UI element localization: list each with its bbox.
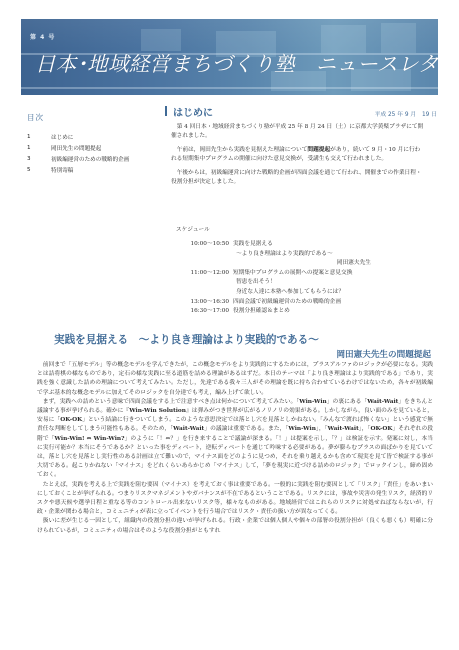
text: 」の裏にある「 bbox=[327, 399, 367, 405]
newsletter-title: 日本･地域経営まちづくり塾 ニュースレター bbox=[35, 47, 438, 77]
schedule-item: 智恵を出そう！ bbox=[233, 278, 436, 288]
schedule-row: 13:00〜16:30 四面会議で初級編運営のための戦略的企画 bbox=[176, 298, 436, 308]
text: 」，「 bbox=[316, 426, 328, 432]
article-paragraph: まず，実践への詰めという意味で四面会議をする上で注意すべき点は何かについて考えて… bbox=[37, 398, 433, 481]
toc-page: 1 bbox=[27, 145, 51, 151]
toc-item[interactable]: 3 初級編運営のための戦略的企画 bbox=[27, 153, 162, 164]
bold-text: OK-OK bbox=[370, 426, 392, 432]
issue-date: 平成 25 年 9 月 19 日 bbox=[375, 109, 437, 118]
text: 午前は，岡田先生から実践を見据えた理論について bbox=[177, 147, 308, 153]
article-subheading: 岡田憲夫先生の問題提起 bbox=[336, 348, 431, 360]
schedule-title: スケジュール bbox=[176, 224, 436, 233]
article-paragraph: 扱いに差が生じる一因として，組織内の役割分担の違いが挙げられる。行政・企業では個… bbox=[37, 517, 433, 535]
bold-text: Wait-Wait bbox=[367, 399, 398, 405]
schedule-item: 〜より良き理論はより実践的である〜 bbox=[233, 250, 436, 260]
article-paragraph: 前回まで「五層モデル」等の概念モデルを学んできたが，この概念モデルをより実践的に… bbox=[37, 361, 433, 398]
bold-text: Wait-Wait bbox=[173, 426, 204, 432]
schedule: スケジュール 10:00〜10:50 実践を見据える 〜より良き理論はより実践的… bbox=[176, 224, 436, 317]
schedule-time: 11:00〜12:00 bbox=[176, 269, 233, 298]
schedule-item: 実践を見据える bbox=[233, 240, 436, 250]
bold-text: Win-Win bbox=[299, 399, 327, 405]
table-of-contents: 目次 1 はじめに 1 岡田先生の問題提起 3 初級編運営のための戦略的企画 5… bbox=[27, 112, 162, 175]
section-heading: はじめに bbox=[173, 104, 213, 119]
schedule-item: 四面会議で初級編運営のための戦略的企画 bbox=[233, 298, 436, 308]
newsletter-banner: 第 4 号 日本･地域経営まちづくり塾 ニュースレター bbox=[21, 19, 438, 95]
toc-label: 岡田先生の問題提起 bbox=[51, 144, 101, 152]
bold-text: Wait-Wait bbox=[328, 426, 359, 432]
intro-paragraph: 第 4 回日本・地域経営まちづくり塾が平成 25 年 8 月 24 日（土）に京… bbox=[171, 123, 426, 142]
issue-number: 第 4 号 bbox=[30, 32, 55, 41]
schedule-row: 16:30〜17:00 役割分担確認＆まとめ bbox=[176, 307, 436, 317]
divider bbox=[165, 106, 167, 116]
banner-decoration bbox=[21, 87, 438, 89]
toc-page: 5 bbox=[27, 167, 51, 173]
intro-section: はじめに 平成 25 年 9 月 19 日 第 4 回日本・地域経営まちづくり塾… bbox=[173, 104, 451, 187]
text: 」の議論は重要である。また，「 bbox=[204, 426, 288, 432]
text: まず，実践への詰めという意味で四面会議をする上で注意すべき点は何かについて考えて… bbox=[43, 399, 299, 405]
toc-item[interactable]: 1 岡田先生の問題提起 bbox=[27, 142, 162, 153]
bold-text: Win-Win bbox=[288, 426, 316, 432]
intro-paragraph: 午前は，岡田先生から実践を見据えた理論について問題提起があり，続いて 9 月・1… bbox=[171, 146, 426, 165]
toc-label: 初級編運営のための戦略的企画 bbox=[51, 155, 129, 163]
toc-label: はじめに bbox=[51, 133, 73, 141]
toc-page: 1 bbox=[27, 134, 51, 140]
toc-page: 3 bbox=[27, 156, 51, 162]
schedule-row: 11:00〜12:00 短期集中プログラムの展開への提案と意見交換 智恵を出そう… bbox=[176, 269, 436, 298]
article-heading: 実践を見据える 〜より良き理論はより実践的である〜 bbox=[54, 332, 319, 347]
intro-paragraph: 午後からは，初級編運営に向けた戦略的企画が四面会議を通じて行われ、開催までの作業… bbox=[171, 169, 426, 188]
toc-title: 目次 bbox=[27, 112, 162, 123]
toc-item[interactable]: 1 はじめに bbox=[27, 131, 162, 142]
schedule-time: 13:00〜16:30 bbox=[176, 298, 233, 308]
toc-label: 特別寄稿 bbox=[51, 166, 73, 174]
text: 」のように「！⇔？」を行き来することで議論が深まる。「！」は提案を示し，「？」は… bbox=[37, 436, 433, 479]
bold-text: 問題提起 bbox=[307, 147, 330, 153]
article-paragraph: たとえば，実践を考える上で実践を阻む要因（マイナス）を考えておく事は重要である。… bbox=[37, 481, 433, 518]
article-body: 前回まで「五層モデル」等の概念モデルを学んできたが，この概念モデルをより実践的に… bbox=[37, 361, 433, 536]
bold-text: Win-Win! ⇔ Win-Win? bbox=[55, 436, 125, 442]
bold-text: Win-Win Solution bbox=[129, 408, 186, 414]
schedule-item: 短期集中プログラムの展開への提案と意見交換 bbox=[233, 269, 436, 279]
toc-item[interactable]: 5 特別寄稿 bbox=[27, 164, 162, 175]
schedule-item: 身近な人達に本塾へ参加してもらうには？ bbox=[233, 288, 436, 298]
schedule-time: 16:30〜17:00 bbox=[176, 307, 233, 317]
schedule-item: 役割分担確認＆まとめ bbox=[233, 307, 436, 317]
schedule-row: 10:00〜10:50 実践を見据える 〜より良き理論はより実践的である〜 岡田… bbox=[176, 240, 436, 269]
bold-text: OK-OK bbox=[60, 417, 82, 423]
schedule-time: 10:00〜10:50 bbox=[176, 240, 233, 269]
schedule-speaker: 岡田憲夫先生 bbox=[233, 259, 436, 269]
text: 」，「 bbox=[359, 426, 371, 432]
